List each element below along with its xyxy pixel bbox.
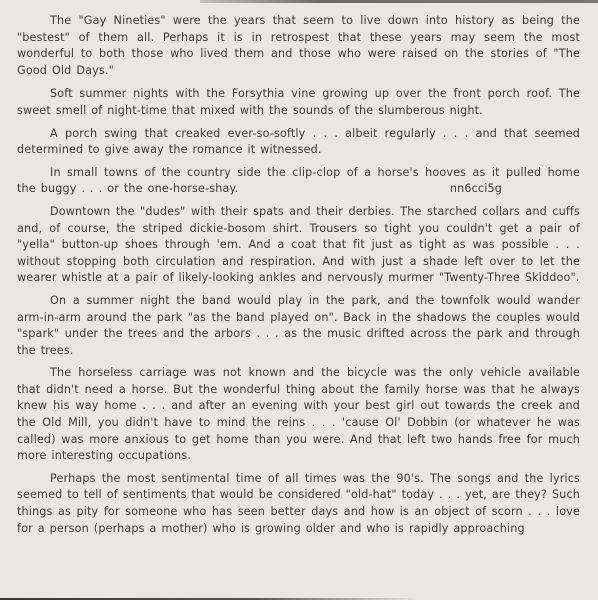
paragraph-gay-nineties: The "Gay Nineties" were the years that s…: [17, 13, 580, 79]
inline-code-tag: nn6cci5g: [450, 181, 502, 198]
paragraph-band-in-park: On a summer night the band would play in…: [17, 293, 580, 359]
document-page: The "Gay Nineties" were the years that s…: [17, 13, 580, 543]
paragraph-downtown-dudes: Downtown the "dudes" with their spats an…: [17, 204, 580, 287]
paragraph-porch-swing: A porch swing that creaked ever-so-softl…: [17, 126, 580, 159]
paragraph-small-towns: In small towns of the country side the c…: [17, 165, 580, 198]
paragraph-horseless-carriage: The horseless carriage was not known and…: [17, 365, 580, 465]
page-top-edge-shadow: [200, 0, 598, 3]
paragraph-sentimental-time: Perhaps the most sentimental time of all…: [17, 471, 580, 537]
paragraph-summer-nights: Soft summer nights with the Forsythia vi…: [17, 86, 580, 119]
